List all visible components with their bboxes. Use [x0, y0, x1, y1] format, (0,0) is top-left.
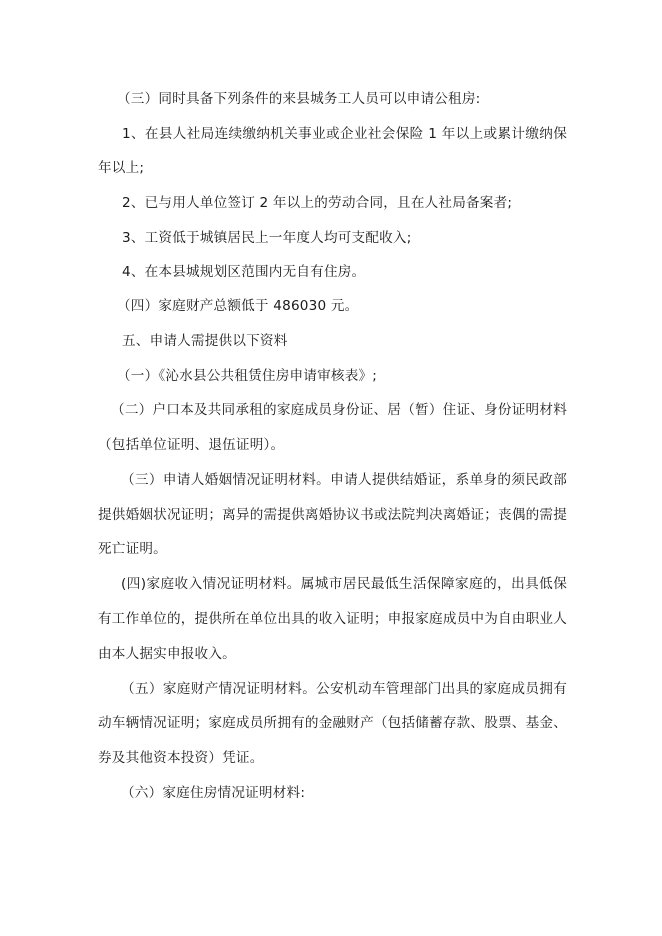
- paragraph-line: 年以上;: [98, 158, 144, 178]
- paragraph-line: 3、工资低于城镇居民上一年度人均可支配收入;: [122, 228, 412, 248]
- paragraph-line: （二）户口本及共同承租的家庭成员身份证、居（暂）住证、身份证明材料: [111, 400, 567, 420]
- paragraph-line: 由本人据实申报收入。: [98, 644, 236, 664]
- paragraph-line: （三）同时具备下列条件的来县城务工人员可以申请公租房:: [117, 89, 480, 109]
- paragraph-line: （一）《沁水县公共租赁住房申请审核表》;: [117, 366, 377, 386]
- paragraph-line: 死亡证明。: [98, 539, 167, 559]
- paragraph-line: (四)家庭收入情况证明材料。属城市居民最低生活保障家庭的，出具低保证: [121, 574, 567, 594]
- paragraph-line: （包括单位证明、退伍证明）。: [98, 435, 284, 455]
- paragraph-line: （六）家庭住房情况证明材料:: [121, 783, 305, 803]
- paragraph-line: 五、申请人需提供以下资料: [122, 331, 288, 351]
- paragraph-line: 券及其他资本投资）凭证。: [98, 748, 264, 768]
- paragraph-line: （三）申请人婚姻情况证明材料。申请人提供结婚证，系单身的须民政部门: [121, 470, 567, 490]
- paragraph-line: 动车辆情况证明；家庭成员所拥有的金融财产（包括储蓄存款、股票、基金、债: [98, 713, 567, 733]
- paragraph-line: 有工作单位的，提供所在单位出具的收入证明；申报家庭成员中为自由职业人的，: [98, 609, 567, 629]
- document-page: （三）同时具备下列条件的来县城务工人员可以申请公租房:1、在县人社局连续缴纳机关…: [0, 0, 662, 936]
- paragraph-line: （四）家庭财产总额低于 486030 元。: [117, 296, 358, 316]
- paragraph-line: 4、在本县城规划区范围内无自有住房。: [122, 262, 365, 282]
- paragraph-line: 2、已与用人单位签订 2 年以上的劳动合同，且在人社局备案者;: [122, 193, 512, 213]
- paragraph-line: 1、在县人社局连续缴纳机关事业或企业社会保险 1 年以上或累计缴纳保险 3: [122, 124, 567, 144]
- paragraph-line: （五）家庭财产情况证明材料。公安机动车管理部门出具的家庭成员拥有机: [121, 679, 567, 699]
- paragraph-line: 提供婚姻状况证明；离异的需提供离婚协议书或法院判决离婚证；丧偶的需提供: [98, 505, 567, 525]
